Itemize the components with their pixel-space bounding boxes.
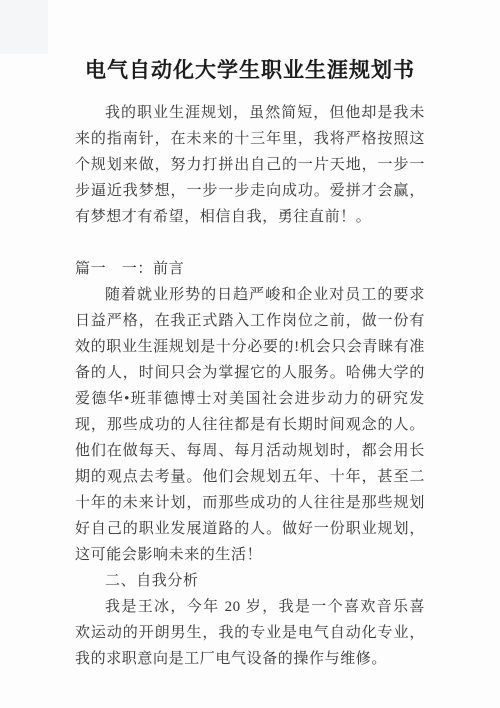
- section1-heading: 篇一 一：前言: [75, 256, 425, 282]
- document-page: 电气自动化大学生职业生涯规划书 我的职业生涯规划，虽然简短，但他却是我未来的指南…: [0, 0, 500, 708]
- document-title: 电气自动化大学生职业生涯规划书: [75, 56, 425, 84]
- section2-paragraph: 我是王冰，今年 20 岁，我是一个喜欢音乐喜欢运动的开朗男生，我的专业是电气自动…: [75, 594, 425, 672]
- scan-corner-artifact: [0, 0, 48, 54]
- intro-paragraph: 我的职业生涯规划，虽然简短，但他却是我未来的指南针，在未来的十三年里，我将严格按…: [75, 100, 425, 230]
- section1-paragraph: 随着就业形势的日趋严峻和企业对员工的要求日益严格，在我正式踏入工作岗位之前，做一…: [75, 282, 425, 568]
- section2-heading: 二、自我分析: [75, 568, 425, 594]
